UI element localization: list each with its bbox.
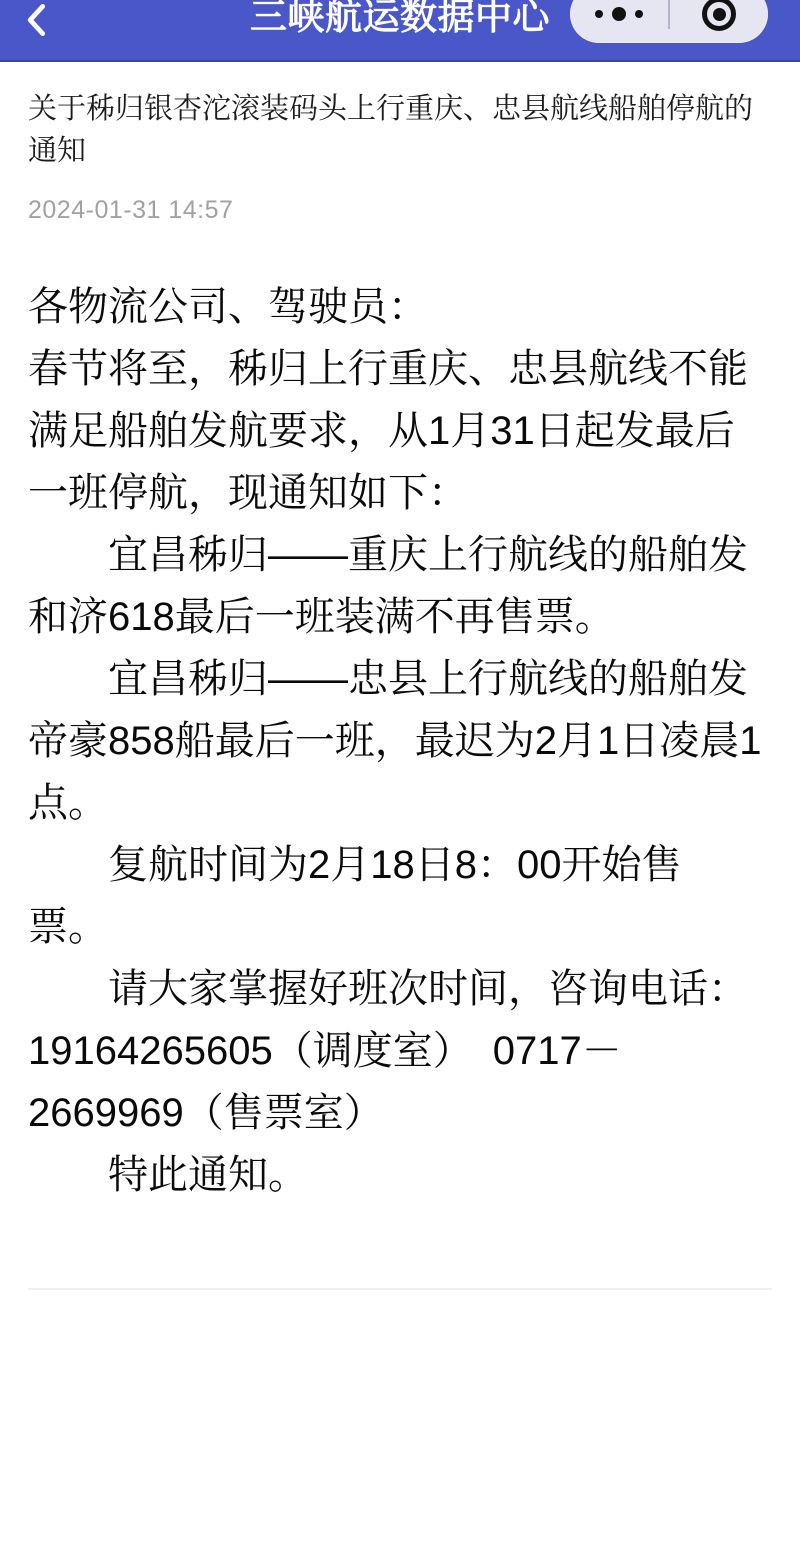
target-icon bbox=[702, 0, 736, 31]
article-title: 关于秭归银杏沱滚装码头上行重庆、忠县航线船舶停航的 通知 bbox=[28, 88, 772, 172]
back-button[interactable] bbox=[14, 0, 60, 44]
navbar: 三峡航运数据中心 bbox=[0, 0, 800, 62]
ellipsis-icon bbox=[595, 7, 643, 21]
paragraph-zhongxian-route: 宜昌秭归——忠县上行航线的船舶发 帝豪858船最后一班，最迟为2月1日凌晨1 点… bbox=[28, 648, 772, 834]
ellipsis-dot bbox=[635, 10, 643, 18]
paragraph-contact: 请大家掌握好班次时间，咨询电话： 19164265605（调度室） 0717－ … bbox=[28, 958, 772, 1144]
paragraph-resume-time: 复航时间为2月18日8：00开始售 票。 bbox=[28, 834, 772, 958]
more-button[interactable] bbox=[570, 0, 668, 43]
home-button[interactable] bbox=[670, 0, 768, 43]
paragraph-salutation: 各物流公司、驾驶员： bbox=[28, 276, 772, 338]
ellipsis-dot bbox=[595, 10, 603, 18]
chevron-left-icon bbox=[23, 3, 51, 37]
bottom-divider bbox=[28, 1288, 772, 1290]
article: 关于秭归银杏沱滚装码头上行重庆、忠县航线船舶停航的 通知 2024-01-31 … bbox=[0, 88, 800, 1290]
paragraph-chongqing-route: 宜昌秭归——重庆上行航线的船舶发 和济618最后一班装满不再售票。 bbox=[28, 524, 772, 648]
capsule-menu bbox=[570, 0, 768, 43]
paragraph-closing: 特此通知。 bbox=[28, 1144, 772, 1206]
ellipsis-dot bbox=[612, 7, 626, 21]
paragraph-intro: 春节将至，秭归上行重庆、忠县航线不能 满足船舶发航要求，从1月31日起发最后 一… bbox=[28, 338, 772, 524]
article-body: 各物流公司、驾驶员： 春节将至，秭归上行重庆、忠县航线不能 满足船舶发航要求，从… bbox=[28, 276, 772, 1206]
target-icon-dot bbox=[713, 8, 726, 21]
article-date: 2024-01-31 14:57 bbox=[28, 192, 772, 228]
